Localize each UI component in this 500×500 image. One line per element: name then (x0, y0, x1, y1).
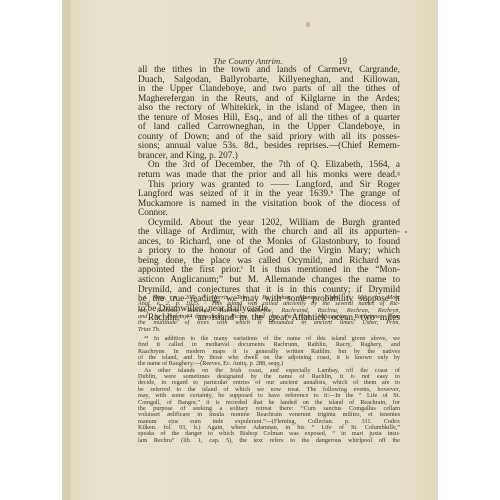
page-edge-shadow (62, 0, 70, 500)
text-line: Muckamore is named in the visitation boo… (138, 200, 400, 210)
note-44-line: lam Rechru” (lib. 1, cap. 5), the text r… (138, 438, 400, 444)
ink-spot (405, 231, 407, 233)
main-text: all the tithes in the town and lands of … (138, 66, 400, 324)
footnotes: ᵍ King, p. 207. ʰ Harris. Tab. ⁱ Ex Joha… (138, 295, 400, 444)
foxing-stain (306, 22, 310, 27)
footnote-line: the multitude of trees with which it abo… (138, 320, 400, 326)
